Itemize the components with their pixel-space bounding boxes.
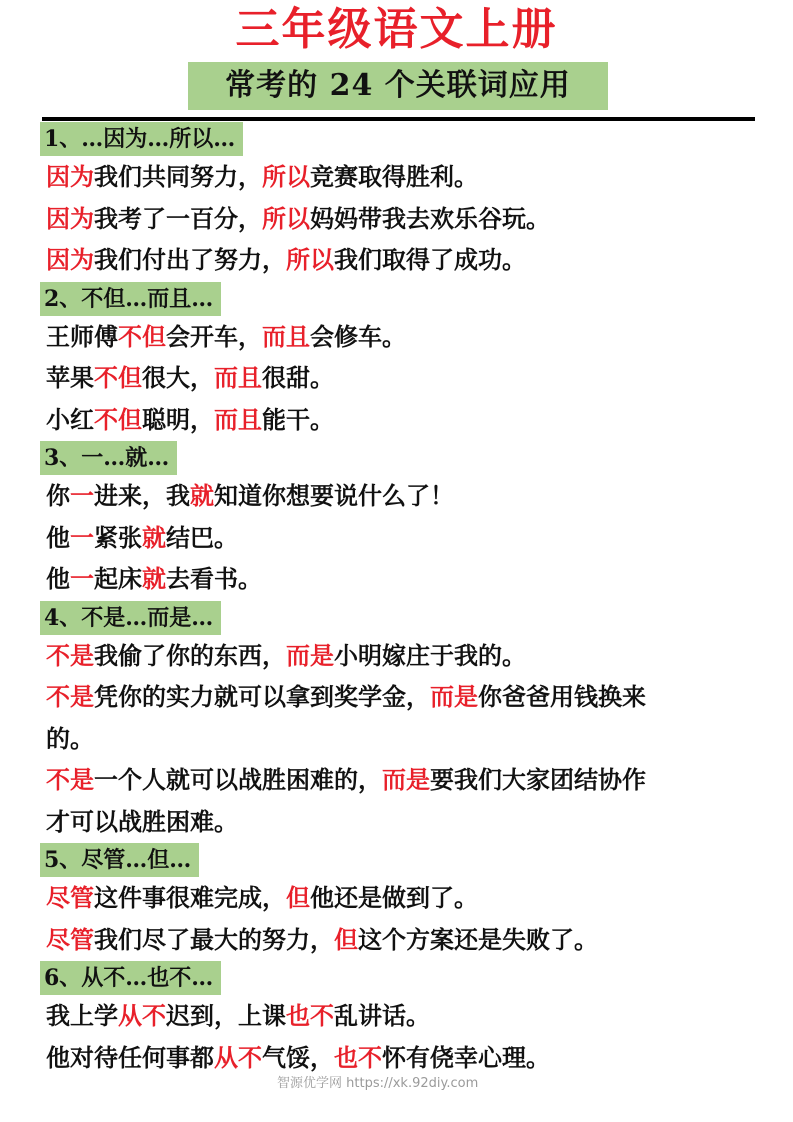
sentence-text: 一个人就可以战胜困难的， bbox=[94, 765, 382, 794]
conjunction-keyword: 而是 bbox=[430, 682, 478, 711]
section-heading: 1、…因为…所以… bbox=[40, 122, 243, 156]
conjunction-keyword: 一 bbox=[70, 523, 94, 552]
sentence-text: 你爸爸用钱换来 bbox=[478, 682, 646, 711]
section-heading: 4、不是…而是… bbox=[40, 601, 221, 635]
conjunction-keyword: 不但 bbox=[118, 322, 166, 351]
conjunction-keyword: 尽管 bbox=[46, 925, 94, 954]
conjunction-keyword: 从不 bbox=[214, 1043, 262, 1072]
section: 4、不是…而是…不是我偷了你的东西，而是小明嫁庄于我的。不是凭你的实力就可以拿到… bbox=[40, 600, 760, 843]
sentence-text: 起床 bbox=[94, 564, 142, 593]
sentence-text: 要我们大家团结协作 bbox=[430, 765, 646, 794]
conjunction-keyword: 就 bbox=[142, 523, 166, 552]
conjunction-keyword: 就 bbox=[142, 564, 166, 593]
example-sentence: 他一起床就去看书。 bbox=[40, 558, 760, 600]
example-sentence: 因为我们付出了努力，所以我们取得了成功。 bbox=[40, 239, 760, 281]
example-sentence: 苹果不但很大，而且很甜。 bbox=[40, 357, 760, 399]
conjunction-keyword: 不是 bbox=[46, 765, 94, 794]
section: 3、一…就…你一进来，我就知道你想要说什么了！他一紧张就结巴。他一起床就去看书。 bbox=[40, 440, 760, 600]
sentence-text: 聪明， bbox=[142, 405, 214, 434]
section-heading: 5、尽管…但… bbox=[40, 843, 199, 877]
conjunction-keyword: 但 bbox=[286, 883, 310, 912]
conjunction-keyword: 也不 bbox=[286, 1001, 334, 1030]
example-sentence: 因为我们共同努力，所以竞赛取得胜利。 bbox=[40, 156, 760, 198]
sentence-text: 凭你的实力就可以拿到奖学金， bbox=[94, 682, 430, 711]
sentence-text: 迟到，上课 bbox=[166, 1001, 286, 1030]
sentence-text: 我们共同努力， bbox=[94, 162, 262, 191]
example-sentence: 因为我考了一百分，所以妈妈带我去欢乐谷玩。 bbox=[40, 198, 760, 240]
conjunction-keyword: 所以 bbox=[286, 245, 334, 274]
sentence-text: 他还是做到了。 bbox=[310, 883, 478, 912]
sentence-text: 这件事很难完成， bbox=[94, 883, 286, 912]
example-sentence: 小红不但聪明，而且能干。 bbox=[40, 399, 760, 441]
conjunction-keyword: 一 bbox=[70, 564, 94, 593]
sentence-text: 乱讲话。 bbox=[334, 1001, 430, 1030]
sentence-text: 会修车。 bbox=[310, 322, 406, 351]
example-sentence: 王师傅不但会开车，而且会修车。 bbox=[40, 316, 760, 358]
sentence-text: 去看书。 bbox=[166, 564, 262, 593]
sentence-text: 会开车， bbox=[166, 322, 262, 351]
conjunction-keyword: 不但 bbox=[94, 363, 142, 392]
sentence-text: 进来，我 bbox=[94, 481, 190, 510]
conjunction-keyword: 不但 bbox=[94, 405, 142, 434]
conjunction-keyword: 因为 bbox=[46, 162, 94, 191]
sentence-text: 你 bbox=[46, 481, 70, 510]
conjunction-keyword: 而且 bbox=[214, 363, 262, 392]
conjunction-keyword: 所以 bbox=[262, 162, 310, 191]
page-subtitle: 常考的 24 个关联词应用 bbox=[188, 62, 608, 110]
example-sentence: 的。 bbox=[40, 718, 760, 760]
conjunction-keyword: 也不 bbox=[334, 1043, 382, 1072]
sentence-text: 他对待任何事都 bbox=[46, 1043, 214, 1072]
conjunction-keyword: 不是 bbox=[46, 641, 94, 670]
section: 5、尽管…但…尽管这件事很难完成，但他还是做到了。尽管我们尽了最大的努力，但这个… bbox=[40, 842, 760, 960]
section: 6、从不…也不…我上学从不迟到，上课也不乱讲话。他对待任何事都从不气馁，也不怀有… bbox=[40, 960, 760, 1078]
conjunction-keyword: 因为 bbox=[46, 245, 94, 274]
sentence-text: 妈妈带我去欢乐谷玩。 bbox=[310, 204, 550, 233]
section-heading: 3、一…就… bbox=[40, 441, 177, 475]
sentence-text: 他 bbox=[46, 564, 70, 593]
sections-container: 1、…因为…所以…因为我们共同努力，所以竞赛取得胜利。因为我考了一百分，所以妈妈… bbox=[40, 121, 760, 1078]
sentence-text: 苹果 bbox=[46, 363, 94, 392]
page-title: 三年级语文上册 bbox=[0, 2, 793, 58]
sentence-text: 这个方案还是失败了。 bbox=[358, 925, 598, 954]
conjunction-keyword: 所以 bbox=[262, 204, 310, 233]
example-sentence: 不是凭你的实力就可以拿到奖学金，而是你爸爸用钱换来 bbox=[40, 676, 760, 718]
watermark: 智源优学网 https://xk.92diy.com bbox=[277, 1072, 478, 1091]
example-sentence: 你一进来，我就知道你想要说什么了！ bbox=[40, 475, 760, 517]
conjunction-keyword: 而是 bbox=[382, 765, 430, 794]
sentence-text: 知道你想要说什么了！ bbox=[214, 481, 454, 510]
sentence-text: 紧张 bbox=[94, 523, 142, 552]
example-sentence: 尽管这件事很难完成，但他还是做到了。 bbox=[40, 877, 760, 919]
conjunction-keyword: 而且 bbox=[262, 322, 310, 351]
conjunction-keyword: 但 bbox=[334, 925, 358, 954]
conjunction-keyword: 就 bbox=[190, 481, 214, 510]
sentence-text: 结巴。 bbox=[166, 523, 238, 552]
section-heading: 2、不但…而且… bbox=[40, 282, 221, 316]
example-sentence: 才可以战胜困难。 bbox=[40, 801, 760, 843]
sentence-text: 的。 bbox=[46, 724, 94, 753]
sentence-text: 我考了一百分， bbox=[94, 204, 262, 233]
example-sentence: 不是我偷了你的东西，而是小明嫁庄于我的。 bbox=[40, 635, 760, 677]
sentence-text: 我们付出了努力， bbox=[94, 245, 286, 274]
sentence-text: 怀有侥幸心理。 bbox=[382, 1043, 550, 1072]
sentence-text: 他 bbox=[46, 523, 70, 552]
sentence-text: 我偷了你的东西， bbox=[94, 641, 286, 670]
sentence-text: 很甜。 bbox=[262, 363, 334, 392]
conjunction-keyword: 而且 bbox=[214, 405, 262, 434]
sentence-text: 很大， bbox=[142, 363, 214, 392]
sentence-text: 小明嫁庄于我的。 bbox=[334, 641, 526, 670]
sentence-text: 能干。 bbox=[262, 405, 334, 434]
conjunction-keyword: 不是 bbox=[46, 682, 94, 711]
section: 1、…因为…所以…因为我们共同努力，所以竞赛取得胜利。因为我考了一百分，所以妈妈… bbox=[40, 121, 760, 281]
sentence-text: 王师傅 bbox=[46, 322, 118, 351]
example-sentence: 不是一个人就可以战胜困难的，而是要我们大家团结协作 bbox=[40, 759, 760, 801]
sentence-text: 我上学 bbox=[46, 1001, 118, 1030]
sentence-text: 小红 bbox=[46, 405, 94, 434]
conjunction-keyword: 从不 bbox=[118, 1001, 166, 1030]
example-sentence: 他一紧张就结巴。 bbox=[40, 517, 760, 559]
example-sentence: 我上学从不迟到，上课也不乱讲话。 bbox=[40, 995, 760, 1037]
conjunction-keyword: 而是 bbox=[286, 641, 334, 670]
sentence-text: 才可以战胜困难。 bbox=[46, 807, 238, 836]
sentence-text: 我们尽了最大的努力， bbox=[94, 925, 334, 954]
section: 2、不但…而且…王师傅不但会开车，而且会修车。苹果不但很大，而且很甜。小红不但聪… bbox=[40, 281, 760, 441]
conjunction-keyword: 一 bbox=[70, 481, 94, 510]
conjunction-keyword: 尽管 bbox=[46, 883, 94, 912]
section-heading: 6、从不…也不… bbox=[40, 961, 221, 995]
conjunction-keyword: 因为 bbox=[46, 204, 94, 233]
sentence-text: 气馁， bbox=[262, 1043, 334, 1072]
sentence-text: 我们取得了成功。 bbox=[334, 245, 526, 274]
example-sentence: 尽管我们尽了最大的努力，但这个方案还是失败了。 bbox=[40, 919, 760, 961]
sentence-text: 竞赛取得胜利。 bbox=[310, 162, 478, 191]
